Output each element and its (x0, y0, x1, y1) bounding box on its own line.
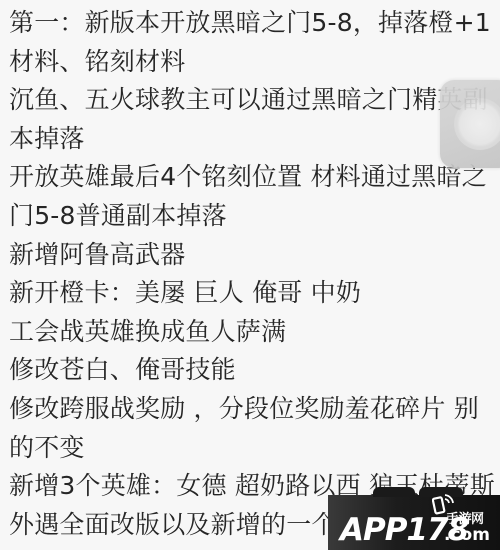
watermark-domain: .com (444, 526, 490, 544)
note-line: 新开橙卡：美屡 巨人 俺哥 中奶 (9, 274, 499, 313)
note-line: 工会战英雄换成鱼人萨满 (9, 313, 499, 352)
note-line: 修改跨服战奖励 ，分段位奖励羞花碎片 别 (9, 390, 499, 429)
note-line: 门5-8普通副本掉落 (9, 197, 499, 236)
note-line: 沉鱼、五火球教主可以通过黑暗之门精英副 (9, 81, 499, 120)
update-notes: 第一：新版本开放黑暗之门5-8，掉落橙+1 材料、铭刻材料 沉鱼、五火球教主可以… (9, 0, 499, 544)
note-line: 新增阿鲁高武器 (9, 236, 499, 275)
note-line: 本掉落 (9, 120, 499, 159)
note-line: 修改苍白、俺哥技能 (9, 351, 499, 390)
assistive-touch-button[interactable] (440, 80, 500, 168)
app178-watermark: APP178 手游网 .com (328, 495, 500, 550)
note-line: 开放英雄最后4个铭刻位置 材料通过黑暗之 (9, 158, 499, 197)
note-line: 材料、铭刻材料 (9, 43, 499, 82)
note-line: 的不变 (9, 429, 499, 468)
note-line: 第一：新版本开放黑暗之门5-8，掉落橙+1 (9, 4, 499, 43)
assistive-touch-icon (454, 98, 500, 150)
